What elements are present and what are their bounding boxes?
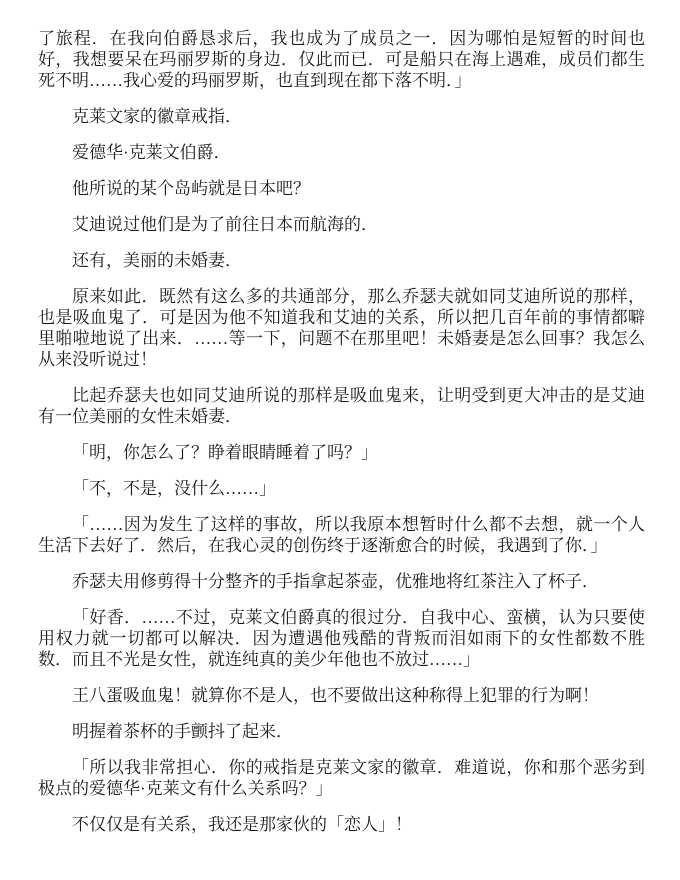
novel-text-body: 了旅程．在我向伯爵恳求后，我也成为了成员之一．因为哪怕是短暂的时间也好，我想要呆… <box>38 28 645 835</box>
paragraph: 克莱文家的徽章戒指． <box>38 106 645 127</box>
paragraph: 「明，你怎么了？睁着眼睛睡着了吗？」 <box>38 442 645 463</box>
paragraph: 王八蛋吸血鬼！就算你不是人，也不要做出这种称得上犯罪的行为啊！ <box>38 685 645 706</box>
paragraph: 艾迪说过他们是为了前往日本而航海的． <box>38 214 645 235</box>
paragraph: 乔瑟夫用修剪得十分整齐的手指拿起茶壶，优雅地将红茶注入了杯子． <box>38 571 645 592</box>
document-page: 了旅程．在我向伯爵恳求后，我也成为了成员之一．因为哪怕是短暂的时间也好，我想要呆… <box>0 0 680 880</box>
paragraph: 「好香．……不过，克莱文伯爵真的很过分．自我中心、蛮横，认为只要使用权力就一切都… <box>38 607 645 670</box>
paragraph: 「所以我非常担心．你的戒指是克莱文家的徽章．难道说，你和那个恶劣到极点的爱德华·… <box>38 757 645 799</box>
paragraph: 他所说的某个岛屿就是日本吧？ <box>38 178 645 199</box>
paragraph: 「……因为发生了这样的事故，所以我原本想暂时什么都不去想，就一个人生活下去好了．… <box>38 514 645 556</box>
paragraph: 明握着茶杯的手颤抖了起来． <box>38 721 645 742</box>
paragraph: 不仅仅是有关系，我还是那家伙的「恋人」！ <box>38 814 645 835</box>
paragraph: 比起乔瑟夫也如同艾迪所说的那样是吸血鬼来，让明受到更大冲击的是艾迪有一位美丽的女… <box>38 385 645 427</box>
paragraph: 原来如此．既然有这么多的共通部分，那么乔瑟夫就如同艾迪所说的那样，也是吸血鬼了．… <box>38 286 645 370</box>
paragraph: 还有，美丽的未婚妻． <box>38 250 645 271</box>
paragraph: 爱德华·克莱文伯爵． <box>38 142 645 163</box>
paragraph: 「不，不是，没什么……」 <box>38 478 645 499</box>
paragraph: 了旅程．在我向伯爵恳求后，我也成为了成员之一．因为哪怕是短暂的时间也好，我想要呆… <box>38 28 645 91</box>
